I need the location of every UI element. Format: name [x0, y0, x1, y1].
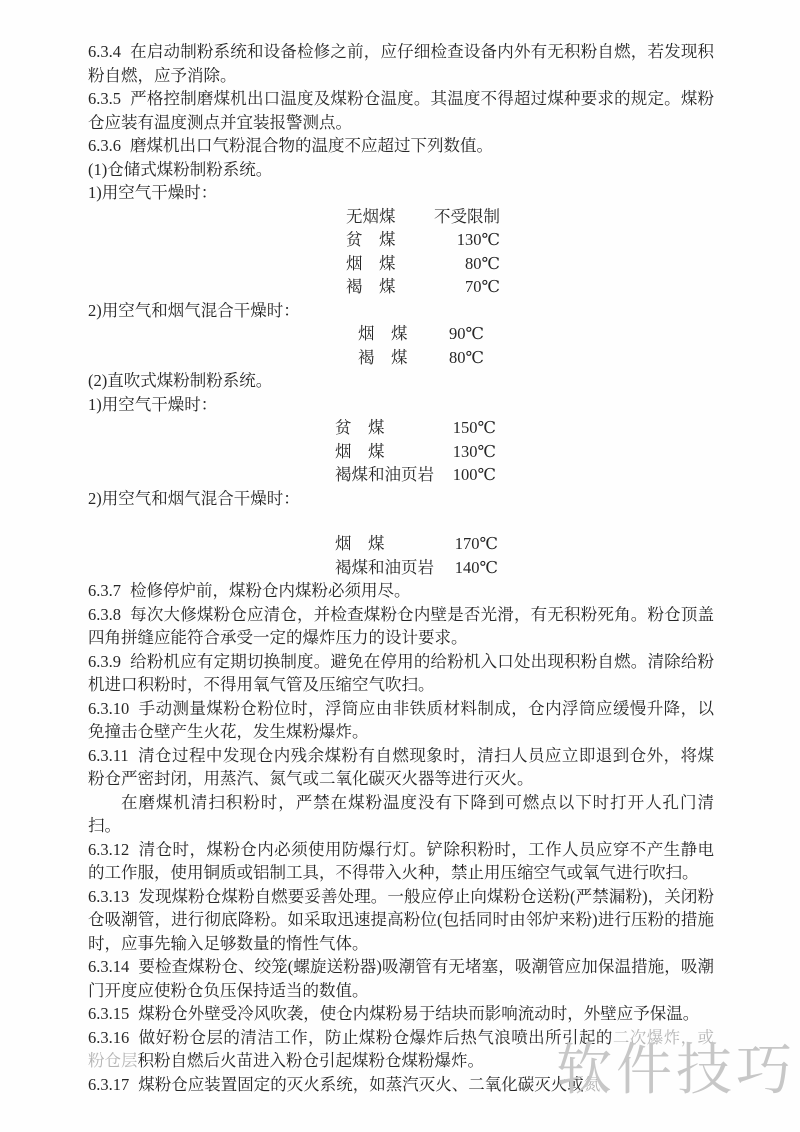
- watermark: 软件技巧: [556, 1026, 796, 1106]
- clause-text: 煤粉仓外壁受冷风吹袭，使仓内煤粉易于结块而影响流动时，外壁应予保温。: [138, 1004, 699, 1023]
- temp-row: 褐煤和油页岩140℃: [88, 556, 498, 580]
- temp-row: 无烟煤不受限制: [88, 205, 500, 229]
- clause-6-3-9: 6.3.9给粉机应有定期切换制度。避免在停用的给粉机入口处出现积粉自燃。清除给粉…: [88, 650, 714, 697]
- clause-6-3-11-note: 在磨煤机清扫积粉时，严禁在煤粉温度没有下降到可燃点以下时打开人孔门清扫。: [88, 791, 714, 838]
- clause-text: 煤粉仓应装置固定的灭火系统，如蒸汽灭火、二氧化碳灭火或: [138, 1075, 584, 1094]
- coal-type-label: 无烟煤: [346, 205, 396, 229]
- clause-6-3-11: 6.3.11清仓过程中发现仓内残余煤粉有自燃现象时，清扫人员应立即退到仓外，将煤…: [88, 744, 714, 791]
- clause-number: 6.3.9: [88, 652, 121, 671]
- coal-type-label: 贫 煤: [335, 416, 385, 440]
- clause-6-3-15: 6.3.15煤粉仓外壁受冷风吹袭，使仓内煤粉易于结块而影响流动时，外壁应予保温。: [88, 1002, 714, 1026]
- clause-text: 每次大修煤粉仓应清仓，并检查煤粉仓内壁是否光滑，有无积粉死角。粉仓顶盖四角拼缝应…: [88, 605, 714, 648]
- subitem-air-drying-1: 1)用空气干燥时：: [88, 181, 714, 205]
- coal-type-label: 褐煤和油页岩: [335, 463, 434, 487]
- clause-6-3-12: 6.3.12清仓时，煤粉仓内必须使用防爆行灯。铲除积粉时，工作人员应穿不产生静电…: [88, 838, 714, 885]
- clause-number: 6.3.8: [88, 605, 121, 624]
- clause-number: 6.3.4: [88, 42, 121, 61]
- clause-text: 要检查煤粉仓、绞笼(螺旋送粉器)吸潮管有无堵塞，吸潮管应加保温措施，吸潮门开度应…: [88, 957, 714, 1000]
- clause-text: 清仓过程中发现仓内残余煤粉有自燃现象时，清扫人员应立即退到仓外，将煤粉仓严密封闭…: [88, 746, 714, 789]
- temp-value: 80℃: [465, 252, 500, 276]
- coal-type-label: 贫 煤: [346, 228, 396, 252]
- clause-6-3-7: 6.3.7检修停炉前，煤粉仓内煤粉必须用尽。: [88, 579, 714, 603]
- temp-row: 烟 煤130℃: [88, 440, 496, 464]
- temp-table-storage-mixed: 烟 煤90℃ 褐 煤80℃: [88, 322, 714, 369]
- temp-value: 70℃: [465, 275, 500, 299]
- clause-6-3-5: 6.3.5严格控制磨煤机出口温度及煤粉仓温度。其温度不得超过煤种要求的规定。煤粉…: [88, 87, 714, 134]
- temp-row: 贫 煤150℃: [88, 416, 496, 440]
- temp-table-direct-air: 贫 煤150℃ 烟 煤130℃ 褐煤和油页岩100℃: [88, 416, 714, 487]
- temp-value: 90℃: [449, 322, 484, 346]
- temp-row: 烟 煤80℃: [88, 252, 500, 276]
- temp-row: 烟 煤170℃: [88, 532, 498, 556]
- coal-type-label: 烟 煤: [335, 532, 385, 556]
- clause-number: 6.3.10: [88, 699, 129, 718]
- clause-number: 6.3.15: [88, 1004, 129, 1023]
- coal-type-label: 褐 煤: [346, 275, 396, 299]
- clause-6-3-13: 6.3.13发现煤粉仓煤粉自燃要妥善处理。一般应停止向煤粉仓送粉(严禁漏粉)，关…: [88, 885, 714, 956]
- clause-6-3-4: 6.3.4在启动制粉系统和设备检修之前，应仔细检查设备内外有无积粉自燃，若发现积…: [88, 40, 714, 87]
- clause-text: 磨煤机出口气粉混合物的温度不应超过下列数值。: [130, 136, 493, 155]
- clause-text: 给粉机应有定期切换制度。避免在停用的给粉机入口处出现积粉自燃。清除给粉机进口积粉…: [88, 652, 714, 695]
- clause-text: 做好粉仓层的清洁工作，防止煤粉仓爆炸后热气浪喷出所引起的: [138, 1028, 613, 1047]
- clause-text: 发现煤粉仓煤粉自燃要妥善处理。一般应停止向煤粉仓送粉(严禁漏粉)，关闭粉仓吸潮管…: [88, 887, 714, 953]
- clause-number: 6.3.11: [88, 746, 129, 765]
- clause-number: 6.3.7: [88, 581, 121, 600]
- clause-text: 检修停炉前，煤粉仓内煤粉必须用尽。: [130, 581, 411, 600]
- clause-6-3-14: 6.3.14要检查煤粉仓、绞笼(螺旋送粉器)吸潮管有无堵塞，吸潮管应加保温措施，…: [88, 955, 714, 1002]
- temp-value: 不受限制: [434, 205, 500, 229]
- subitem-direct-blow-system: (2)直吹式煤粉制粉系统。: [88, 369, 714, 393]
- temp-row: 褐煤和油页岩100℃: [88, 463, 496, 487]
- coal-type-label: 烟 煤: [358, 322, 408, 346]
- clause-number: 6.3.6: [88, 136, 121, 155]
- clause-number: 6.3.12: [88, 840, 129, 859]
- clause-text: 清仓时，煤粉仓内必须使用防爆行灯。铲除积粉时，工作人员应穿不产生静电的工作服，使…: [88, 840, 714, 883]
- subitem-storage-system: (1)仓储式煤粉制粉系统。: [88, 158, 714, 182]
- subitem-mixed-drying-2: 2)用空气和烟气混合干燥时：: [88, 487, 714, 511]
- temp-table-storage-air: 无烟煤不受限制 贫 煤130℃ 烟 煤80℃ 褐 煤70℃: [88, 205, 714, 299]
- temp-value: 100℃: [453, 463, 496, 487]
- clause-text: 严格控制磨煤机出口温度及煤粉仓温度。其温度不得超过煤种要求的规定。煤粉仓应装有温…: [88, 89, 714, 132]
- coal-type-label: 褐煤和油页岩: [335, 556, 434, 580]
- temp-value: 150℃: [453, 416, 496, 440]
- subitem-mixed-drying-1: 2)用空气和烟气混合干燥时：: [88, 299, 714, 323]
- temp-value: 130℃: [453, 440, 496, 464]
- clause-number: 6.3.5: [88, 89, 121, 108]
- clause-6-3-6: 6.3.6磨煤机出口气粉混合物的温度不应超过下列数值。: [88, 134, 714, 158]
- clause-text: 在启动制粉系统和设备检修之前，应仔细检查设备内外有无积粉自燃，若发现积粉自燃，应…: [88, 42, 714, 85]
- temp-value: 170℃: [455, 532, 498, 556]
- temp-table-direct-mixed: 烟 煤170℃ 褐煤和油页岩140℃: [88, 532, 714, 579]
- temp-row: 贫 煤130℃: [88, 228, 500, 252]
- temp-value: 80℃: [449, 346, 484, 370]
- temp-row: 褐 煤70℃: [88, 275, 500, 299]
- temp-row: 烟 煤90℃: [88, 322, 484, 346]
- temp-value: 130℃: [457, 228, 500, 252]
- clause-number: 6.3.14: [88, 957, 129, 976]
- clause-number: 6.3.13: [88, 887, 129, 906]
- subitem-air-drying-2: 1)用空气干燥时：: [88, 393, 714, 417]
- clause-text: 积粉自燃后火苗进入粉仓引起煤粉仓煤粉爆炸。: [138, 1051, 485, 1070]
- coal-type-label: 烟 煤: [346, 252, 396, 276]
- clause-6-3-10: 6.3.10手动测量煤粉仓粉位时，浮筒应由非铁质材料制成，仓内浮筒应缓慢升降，以…: [88, 697, 714, 744]
- clause-text: 手动测量煤粉仓粉位时，浮筒应由非铁质材料制成，仓内浮筒应缓慢升降，以免撞击仓壁产…: [88, 699, 714, 742]
- temp-row: 褐 煤80℃: [88, 346, 484, 370]
- clause-number: 6.3.17: [88, 1075, 129, 1094]
- document-body: 6.3.4在启动制粉系统和设备检修之前，应仔细检查设备内外有无积粉自燃，若发现积…: [88, 40, 714, 1096]
- clause-6-3-8: 6.3.8每次大修煤粉仓应清仓，并检查煤粉仓内壁是否光滑，有无积粉死角。粉仓顶盖…: [88, 603, 714, 650]
- coal-type-label: 褐 煤: [358, 346, 408, 370]
- temp-value: 140℃: [455, 556, 498, 580]
- clause-number: 6.3.16: [88, 1028, 129, 1047]
- coal-type-label: 烟 煤: [335, 440, 385, 464]
- document-page: 6.3.4在启动制粉系统和设备检修之前，应仔细检查设备内外有无积粉自燃，若发现积…: [0, 0, 800, 1132]
